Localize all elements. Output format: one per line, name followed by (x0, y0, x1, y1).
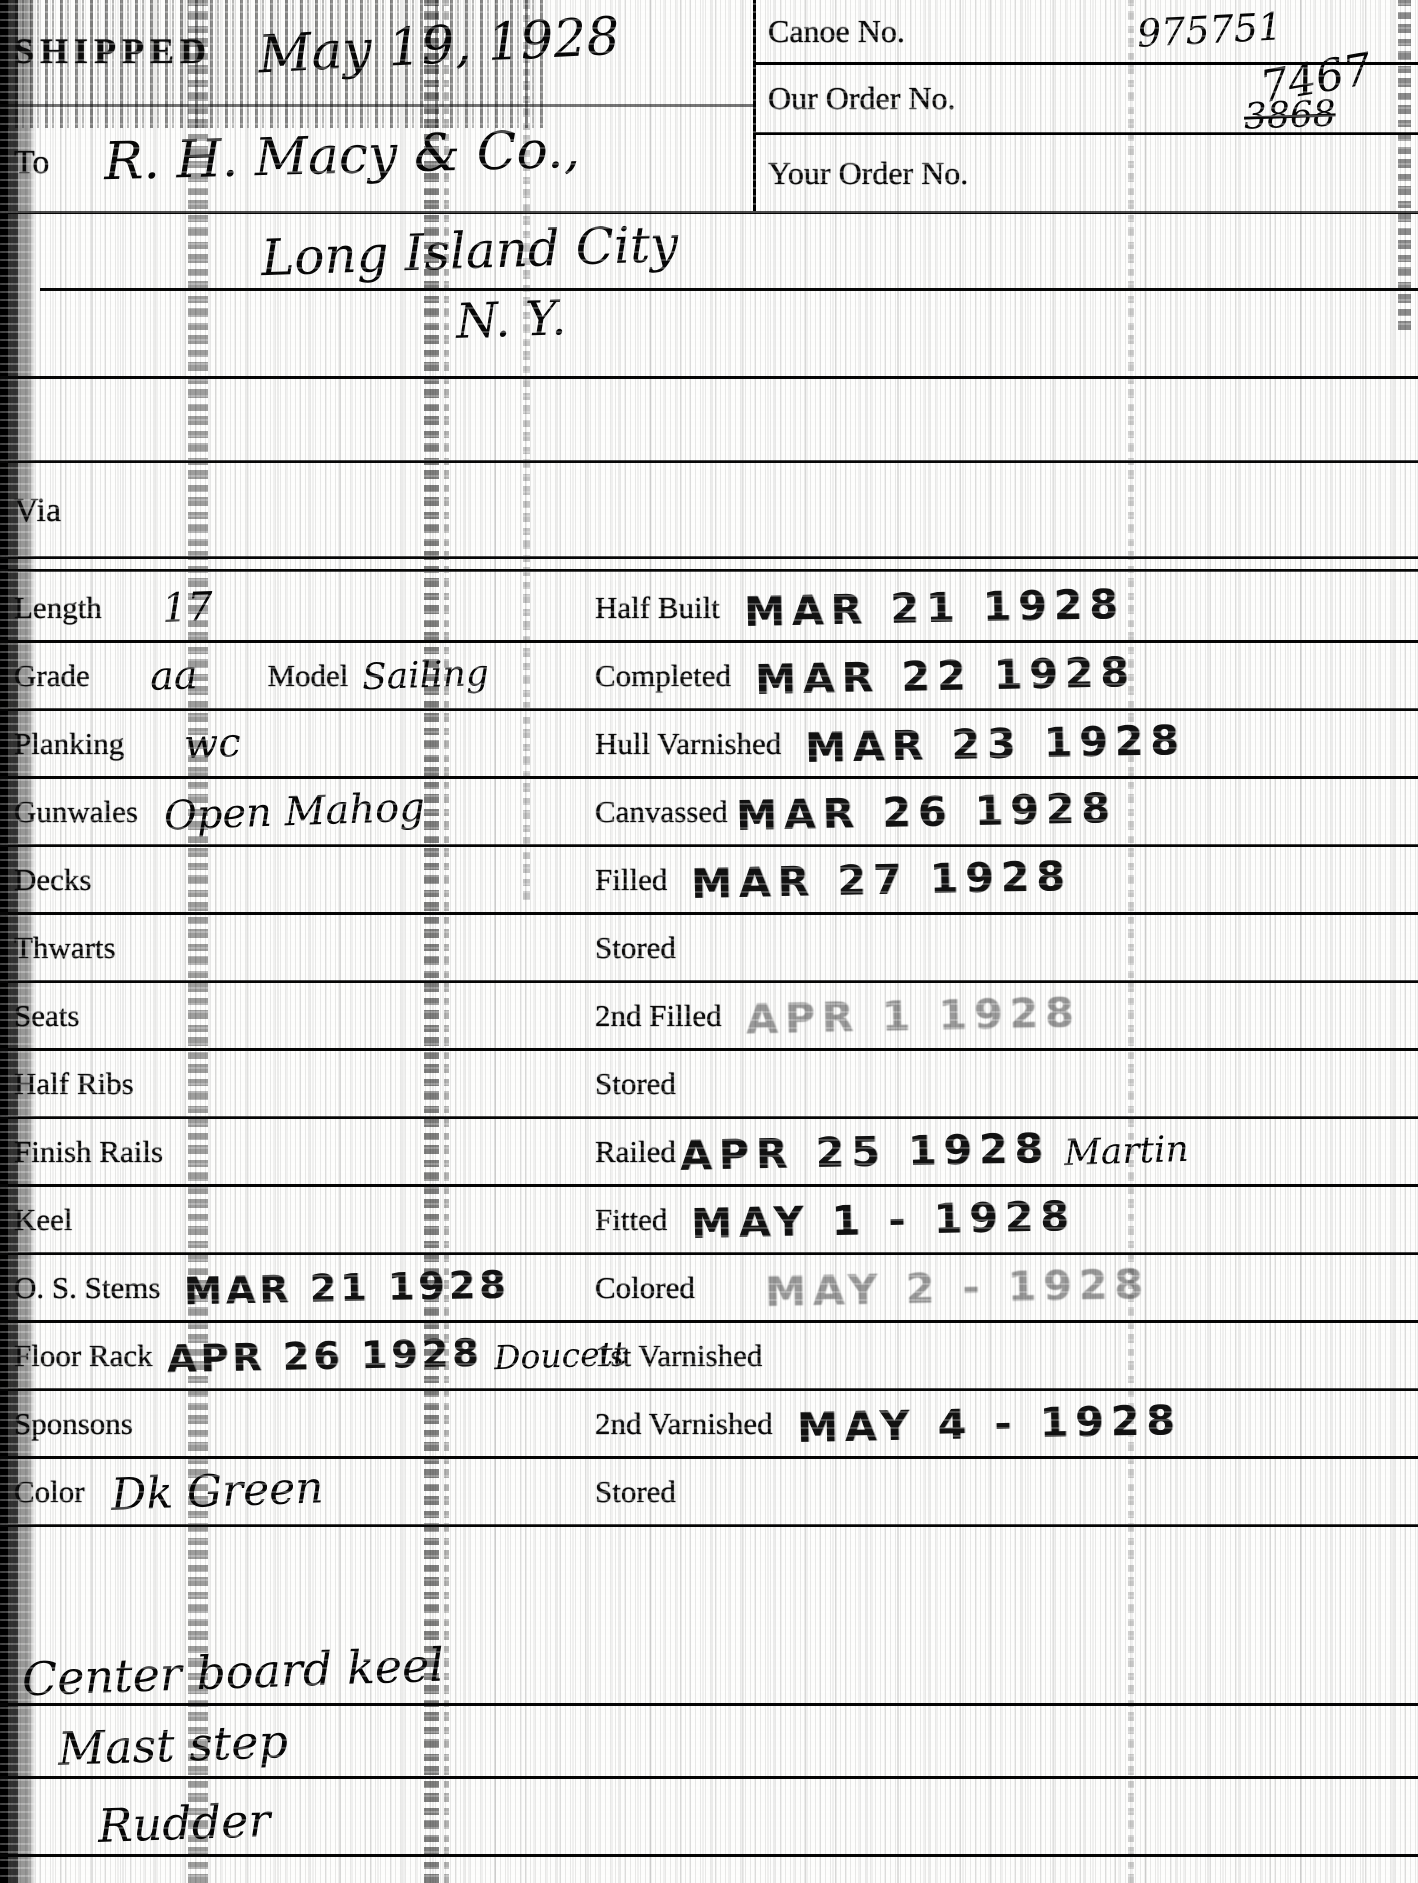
your-order-no-label: Your Order No. (768, 155, 968, 192)
thwarts-label: Thwarts (14, 930, 116, 966)
seats-label: Seats (14, 998, 79, 1034)
decks-label: Decks (14, 862, 91, 898)
model-value-handwritten: Sailing (362, 653, 490, 698)
spec-cell-left: Thwarts (0, 930, 595, 966)
spec-cell-right: Stored (595, 1066, 1418, 1102)
address-city-handwritten: Long Island City (260, 215, 679, 288)
spec-row-floor-rack: Floor Rack APR 26 1928 Doucett 1st Varni… (0, 1323, 1418, 1391)
length-label: Length (14, 590, 102, 626)
recipient-name-handwritten: R. H. Macy & Co., (104, 120, 581, 192)
spec-row-planking: Planking wc Hull Varnished MAR 23 1928 (0, 711, 1418, 779)
railed-label: Railed (595, 1134, 676, 1170)
spec-row-color: Color Dk Green Stored (0, 1459, 1418, 1527)
spec-row-seats: Seats 2nd Filled APR 1 1928 (0, 983, 1418, 1051)
spec-cell-left: Finish Rails (0, 1134, 595, 1170)
second-filled-label: 2nd Filled (595, 998, 722, 1034)
spec-row-half-ribs: Half Ribs Stored (0, 1051, 1418, 1119)
spec-row-length: Length 17 Half Built MAR 21 1928 (0, 575, 1418, 643)
stored-label: Stored (595, 1066, 676, 1102)
note-text-handwritten: Center board keel (21, 1638, 445, 1711)
to-row: To R. H. Macy & Co., (14, 126, 580, 186)
filled-label: Filled (595, 862, 667, 898)
fitted-label: Fitted (595, 1202, 667, 1238)
spec-row-os-stems: O. S. Stems MAR 21 1928 Colored MAY 2 - … (0, 1255, 1418, 1323)
note-text-handwritten: Rudder (97, 1793, 271, 1857)
our-order-no-label: Our Order No. (768, 80, 956, 117)
spec-row-finish-rails: Finish Rails Railed APR 25 1928 Martin (0, 1119, 1418, 1187)
spec-cell-left: Planking wc (0, 721, 595, 767)
gunwales-value-handwritten: Open Mahog (163, 784, 425, 839)
spec-cell-left: Color Dk Green (0, 1466, 595, 1517)
hull-varnished-date-stamp: MAR 23 1928 (805, 716, 1187, 772)
spec-cell-right: 2nd Filled APR 1 1928 (595, 992, 1418, 1040)
planking-value-handwritten: wc (183, 720, 241, 768)
spec-cell-left: Grade aa Model Sailing (0, 653, 595, 699)
spec-cell-right: Hull Varnished MAR 23 1928 (595, 720, 1418, 768)
spec-row-keel: Keel Fitted MAY 1 - 1928 (0, 1187, 1418, 1255)
rule-line (40, 288, 1418, 291)
rule-line (0, 104, 753, 107)
build-record-card: SHIPPED May 19, 1928 To R. H. Macy & Co.… (0, 0, 1418, 1883)
os-stems-label: O. S. Stems (14, 1270, 160, 1306)
os-stems-date-stamp: MAR 21 1928 (184, 1262, 510, 1313)
spec-cell-right: Canvassed MAR 26 1928 (595, 788, 1418, 836)
note-text-handwritten: Mast step (57, 1714, 289, 1780)
rule-line (0, 376, 1418, 379)
filled-date-stamp: MAR 27 1928 (691, 852, 1073, 908)
note-centerboard-keel: Center board keel (0, 1527, 1418, 1706)
shipped-date-handwritten: May 19, 1928 (257, 7, 621, 86)
length-value-handwritten: 17 (161, 584, 213, 632)
color-value-handwritten: Dk Green (110, 1462, 324, 1520)
canvassed-label: Canvassed (595, 794, 728, 830)
second-filled-date-stamp: APR 1 1928 (745, 988, 1080, 1043)
note-rudder: Rudder (0, 1779, 1418, 1857)
half-built-label: Half Built (595, 590, 720, 626)
colored-date-stamp: MAY 2 - 1928 (764, 1259, 1150, 1315)
second-varnished-date-stamp: MAY 4 - 1928 (796, 1395, 1182, 1451)
completed-label: Completed (595, 658, 731, 694)
half-built-date-stamp: MAR 21 1928 (743, 580, 1125, 636)
railed-by-handwritten: Martin (1063, 1129, 1189, 1174)
spec-cell-left: Seats (0, 998, 595, 1034)
floor-rack-label: Floor Rack (14, 1338, 153, 1374)
spec-row-sponsons: Sponsons 2nd Varnished MAY 4 - 1928 (0, 1391, 1418, 1459)
color-label: Color (14, 1474, 85, 1510)
rule-line (0, 211, 1418, 214)
spec-cell-right: Fitted MAY 1 - 1928 (595, 1196, 1418, 1244)
model-label: Model (267, 658, 348, 694)
completed-date-stamp: MAR 22 1928 (755, 648, 1137, 704)
spec-cell-left: Half Ribs (0, 1066, 595, 1102)
our-order-no-crossed-out-value: 3868 (1243, 93, 1336, 137)
spec-cell-right: Railed APR 25 1928 Martin (595, 1128, 1418, 1176)
grade-value-handwritten: aa (149, 652, 198, 700)
stored-label: Stored (595, 930, 676, 966)
spec-cell-right: Colored MAY 2 - 1928 (595, 1264, 1418, 1312)
order-number-box: Canoe No. 975751 Our Order No. 7467 3868… (753, 0, 1418, 211)
grade-label: Grade (14, 658, 90, 694)
canoe-no-value-handwritten: 975751 (1136, 4, 1283, 56)
spec-rows: Length 17 Half Built MAR 21 1928 Grade a… (0, 575, 1418, 1527)
half-ribs-label: Half Ribs (14, 1066, 134, 1102)
keel-label: Keel (14, 1202, 73, 1238)
shipped-label: SHIPPED (14, 30, 212, 72)
our-order-no-row: Our Order No. 7467 3868 (756, 65, 1418, 135)
floor-rack-date-stamp: APR 26 1928 (166, 1330, 482, 1381)
planking-label: Planking (14, 726, 124, 762)
rule-line (0, 569, 1418, 572)
spec-cell-right: Completed MAR 22 1928 (595, 652, 1418, 700)
railed-date-stamp: APR 25 1928 (679, 1124, 1050, 1180)
spec-cell-left: Sponsons (0, 1406, 595, 1442)
canoe-no-label: Canoe No. (768, 13, 905, 50)
finish-rails-label: Finish Rails (14, 1134, 163, 1170)
spec-row-grade-model: Grade aa Model Sailing Completed MAR 22 … (0, 643, 1418, 711)
spec-cell-left: O. S. Stems MAR 21 1928 (0, 1266, 595, 1310)
spec-cell-left: Decks (0, 862, 595, 898)
your-order-no-row: Your Order No. (756, 135, 1418, 211)
stored-label: Stored (595, 1474, 676, 1510)
shipped-row: SHIPPED May 19, 1928 (14, 16, 620, 76)
spec-cell-right: Stored (595, 1474, 1418, 1510)
colored-label: Colored (595, 1270, 695, 1306)
spec-cell-right: Filled MAR 27 1928 (595, 856, 1418, 904)
spec-row-thwarts: Thwarts Stored (0, 915, 1418, 983)
rule-line (0, 556, 1418, 559)
second-varnished-label: 2nd Varnished (595, 1406, 773, 1442)
spec-cell-left: Length 17 (0, 585, 595, 631)
rule-line (0, 460, 1418, 463)
canvassed-date-stamp: MAR 26 1928 (735, 784, 1117, 840)
spec-cell-left: Keel (0, 1202, 595, 1238)
spec-cell-left: Floor Rack APR 26 1928 Doucett (0, 1334, 595, 1378)
address-state-handwritten: N. Y. (455, 290, 567, 350)
spec-cell-right: 2nd Varnished MAY 4 - 1928 (595, 1400, 1418, 1448)
spec-row-gunwales: Gunwales Open Mahog Canvassed MAR 26 192… (0, 779, 1418, 847)
floor-rack-by-handwritten: Doucett (494, 1334, 627, 1378)
gunwales-label: Gunwales (14, 794, 138, 830)
spec-cell-right: 1st Varnished (595, 1338, 1418, 1374)
hull-varnished-label: Hull Varnished (595, 726, 781, 762)
spec-cell-right: Half Built MAR 21 1928 (595, 584, 1418, 632)
spec-row-decks: Decks Filled MAR 27 1928 (0, 847, 1418, 915)
note-mast-step: Mast step (0, 1706, 1418, 1779)
sponsons-label: Sponsons (14, 1406, 133, 1442)
via-label: Via (14, 492, 61, 530)
fitted-date-stamp: MAY 1 - 1928 (691, 1191, 1077, 1247)
spec-cell-left: Gunwales Open Mahog (0, 789, 595, 835)
handwritten-notes: Center board keel Mast step Rudder (0, 1527, 1418, 1857)
to-label: To (14, 144, 49, 182)
spec-cell-right: Stored (595, 930, 1418, 966)
